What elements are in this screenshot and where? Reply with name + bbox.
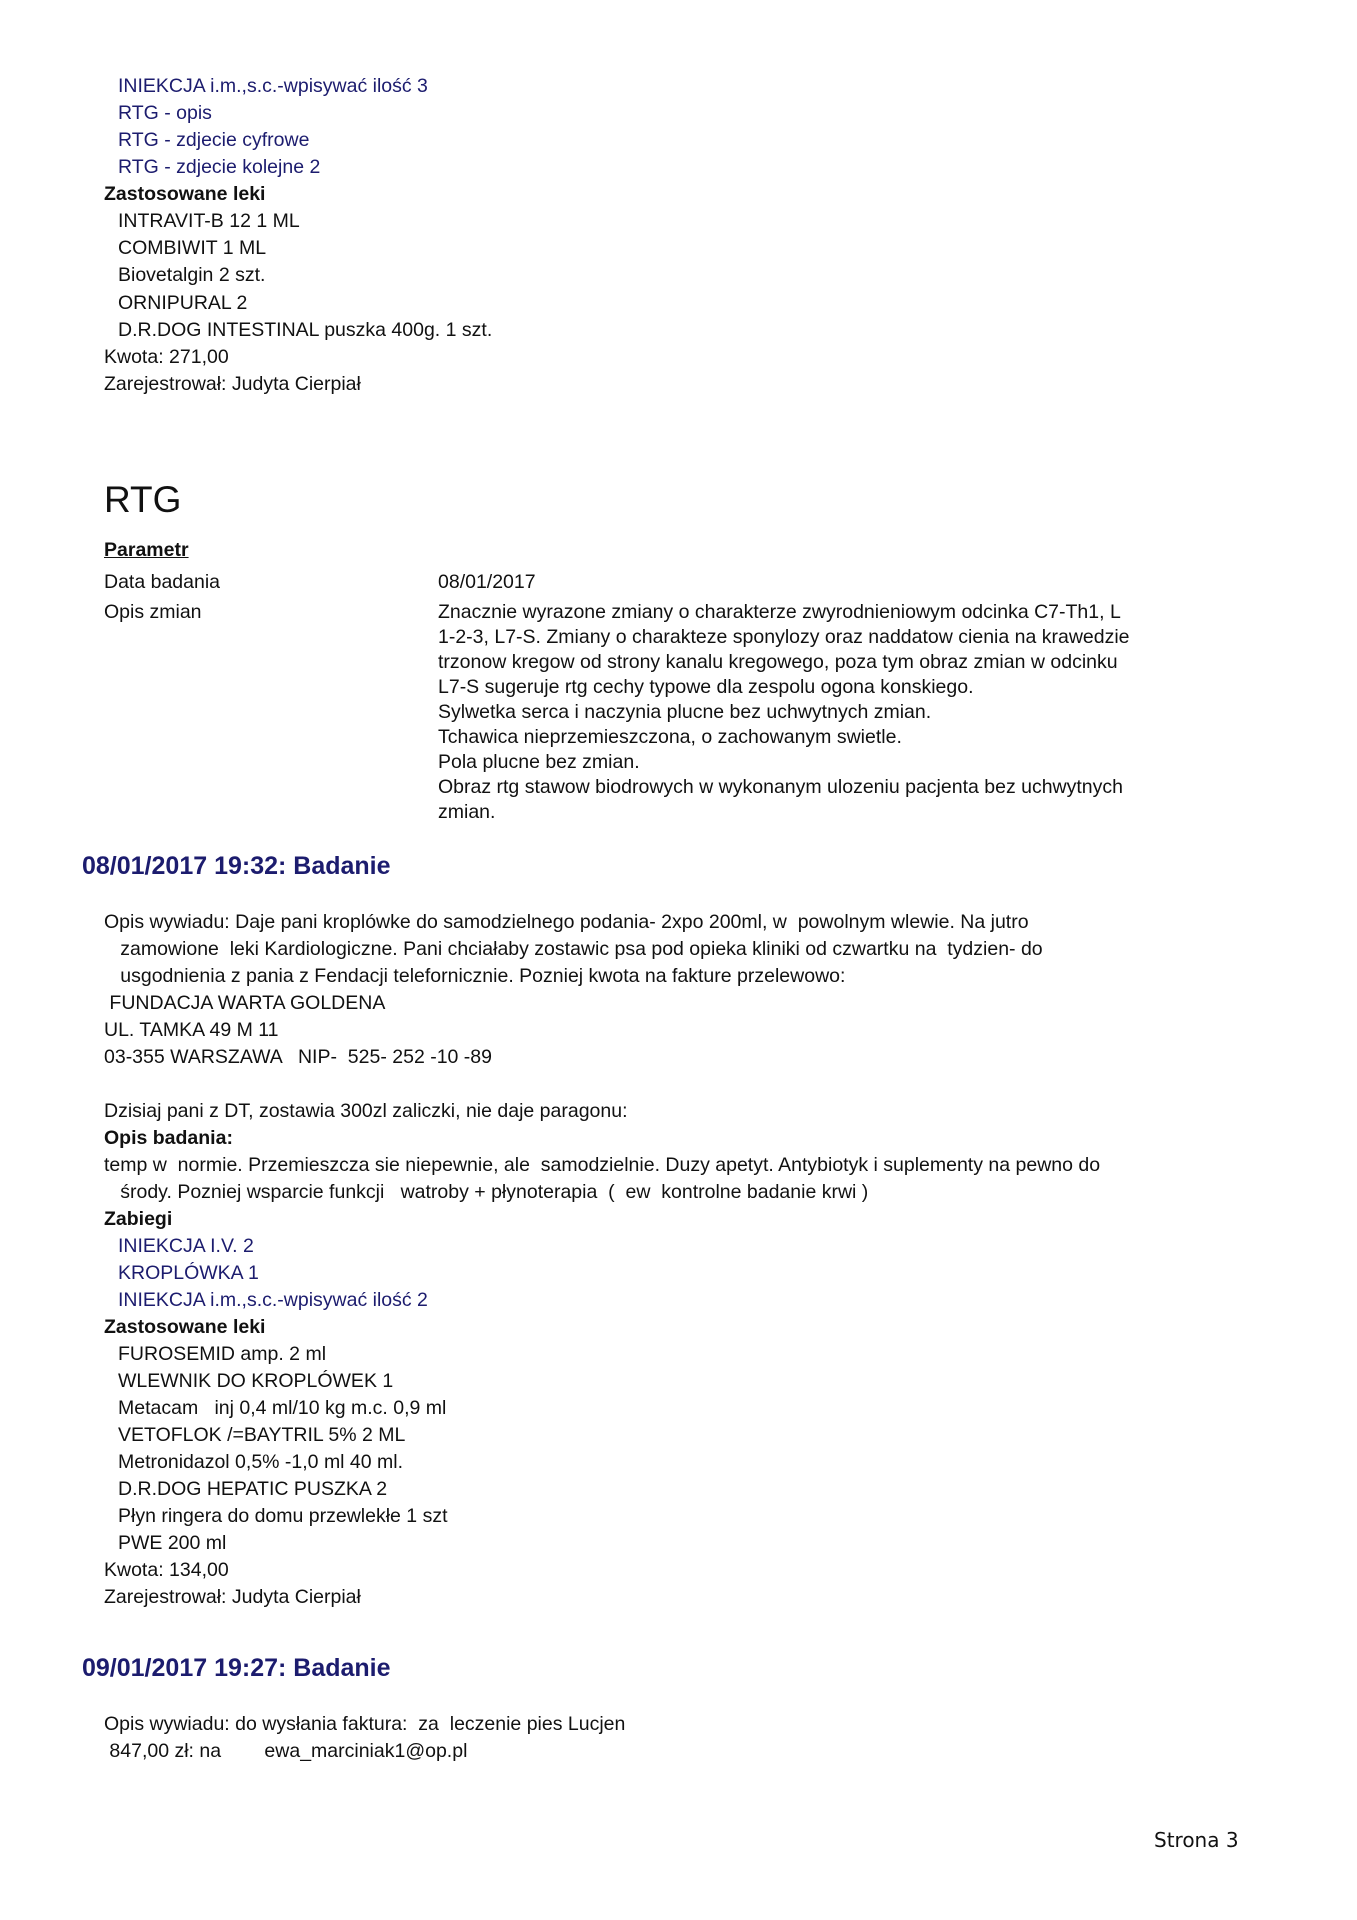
leki-heading: Zastosowane leki <box>104 181 265 208</box>
opis-zmian-line: Obraz rtg stawow biodrowych w wykonanym … <box>438 775 1238 800</box>
lek-item: VETOFLOK /=BAYTRIL 5% 2 ML <box>118 1422 405 1449</box>
visit-title: 08/01/2017 19:32: Badanie <box>82 850 391 882</box>
param-label-opis-zmian: Opis zmian <box>104 599 202 626</box>
zabieg-item: RTG - zdjecie cyfrowe <box>118 127 309 154</box>
rtg-title: RTG <box>104 478 181 522</box>
wywiad-line: Opis wywiadu: Daje pani kroplówke do sam… <box>104 909 1029 936</box>
zabieg-item: RTG - zdjecie kolejne 2 <box>118 154 320 181</box>
zabieg-item: INIEKCJA i.m.,s.c.-wpisywać ilość 2 <box>118 1287 428 1314</box>
wywiad-line: zamowione leki Kardiologiczne. Pani chci… <box>104 936 1043 963</box>
wywiad-line: FUNDACJA WARTA GOLDENA <box>104 990 385 1017</box>
zabieg-item: KROPLÓWKA 1 <box>118 1260 259 1287</box>
zabieg-item: INIEKCJA i.m.,s.c.-wpisywać ilość 3 <box>118 73 428 100</box>
zarejestrowal: Zarejestrował: Judyta Cierpiał <box>104 1584 361 1611</box>
param-heading: Parametr <box>104 537 189 564</box>
zabiegi-heading: Zabiegi <box>104 1206 172 1233</box>
zabieg-item: RTG - opis <box>118 100 212 127</box>
wywiad-line: UL. TAMKA 49 M 11 <box>104 1017 279 1044</box>
lek-item: Metronidazol 0,5% -1,0 ml 40 ml. <box>118 1449 403 1476</box>
wywiad-line: Dzisiaj pani z DT, zostawia 300zl zalicz… <box>104 1098 628 1125</box>
wywiad-line: Opis wywiadu: do wysłania faktura: za le… <box>104 1711 625 1738</box>
page-number: Strona 3 <box>1154 1828 1239 1852</box>
opis-zmian-line: Znacznie wyrazone zmiany o charakterze z… <box>438 600 1238 625</box>
lek-item: Biovetalgin 2 szt. <box>118 262 265 289</box>
opis-zmian-line: zmian. <box>438 800 1238 825</box>
kwota: Kwota: 134,00 <box>104 1557 229 1584</box>
opis-zmian-line: 1-2-3, L7-S. Zmiany o charakteze sponylo… <box>438 625 1238 650</box>
param-value-data-badania: 08/01/2017 <box>438 570 1238 595</box>
lek-item: PWE 200 ml <box>118 1530 226 1557</box>
opis-zmian-line: Tchawica nieprzemieszczona, o zachowanym… <box>438 725 1238 750</box>
lek-item: D.R.DOG INTESTINAL puszka 400g. 1 szt. <box>118 317 492 344</box>
lek-item: WLEWNIK DO KROPLÓWEK 1 <box>118 1368 393 1395</box>
lek-item: Płyn ringera do domu przewlekłe 1 szt <box>118 1503 448 1530</box>
lek-item: INTRAVIT-B 12 1 ML <box>118 208 300 235</box>
opis-zmian-line: Sylwetka serca i naczynia plucne bez uch… <box>438 700 1238 725</box>
opis-badania-heading: Opis badania: <box>104 1125 233 1152</box>
lek-item: Metacam inj 0,4 ml/10 kg m.c. 0,9 ml <box>118 1395 446 1422</box>
param-label-data-badania: Data badania <box>104 569 220 596</box>
kwota: Kwota: 271,00 <box>104 344 229 371</box>
wywiad-line: usgodnienia z pania z Fendacji teleforni… <box>104 963 845 990</box>
wywiad-line: 847,00 zł: na ewa_marciniak1@op.pl <box>104 1738 467 1765</box>
opis-zmian-line: Pola plucne bez zmian. <box>438 750 1238 775</box>
lek-item: FUROSEMID amp. 2 ml <box>118 1341 326 1368</box>
zarejestrowal: Zarejestrował: Judyta Cierpiał <box>104 371 361 398</box>
lek-item: COMBIWIT 1 ML <box>118 235 266 262</box>
opis-zmian-line: trzonow kregow od strony kanalu kregoweg… <box>438 650 1238 675</box>
lek-item: ORNIPURAL 2 <box>118 290 247 317</box>
zabieg-item: INIEKCJA I.V. 2 <box>118 1233 254 1260</box>
opis-zmian-line: L7-S sugeruje rtg cechy typowe dla zespo… <box>438 675 1238 700</box>
visit-title: 09/01/2017 19:27: Badanie <box>82 1652 391 1684</box>
opis-badania-line: środy. Pozniej wsparcie funkcji watroby … <box>104 1179 868 1206</box>
lek-item: D.R.DOG HEPATIC PUSZKA 2 <box>118 1476 387 1503</box>
wywiad-line: 03-355 WARSZAWA NIP- 525- 252 -10 -89 <box>104 1044 492 1071</box>
leki-heading: Zastosowane leki <box>104 1314 265 1341</box>
opis-badania-line: temp w normie. Przemieszcza sie niepewni… <box>104 1152 1100 1179</box>
